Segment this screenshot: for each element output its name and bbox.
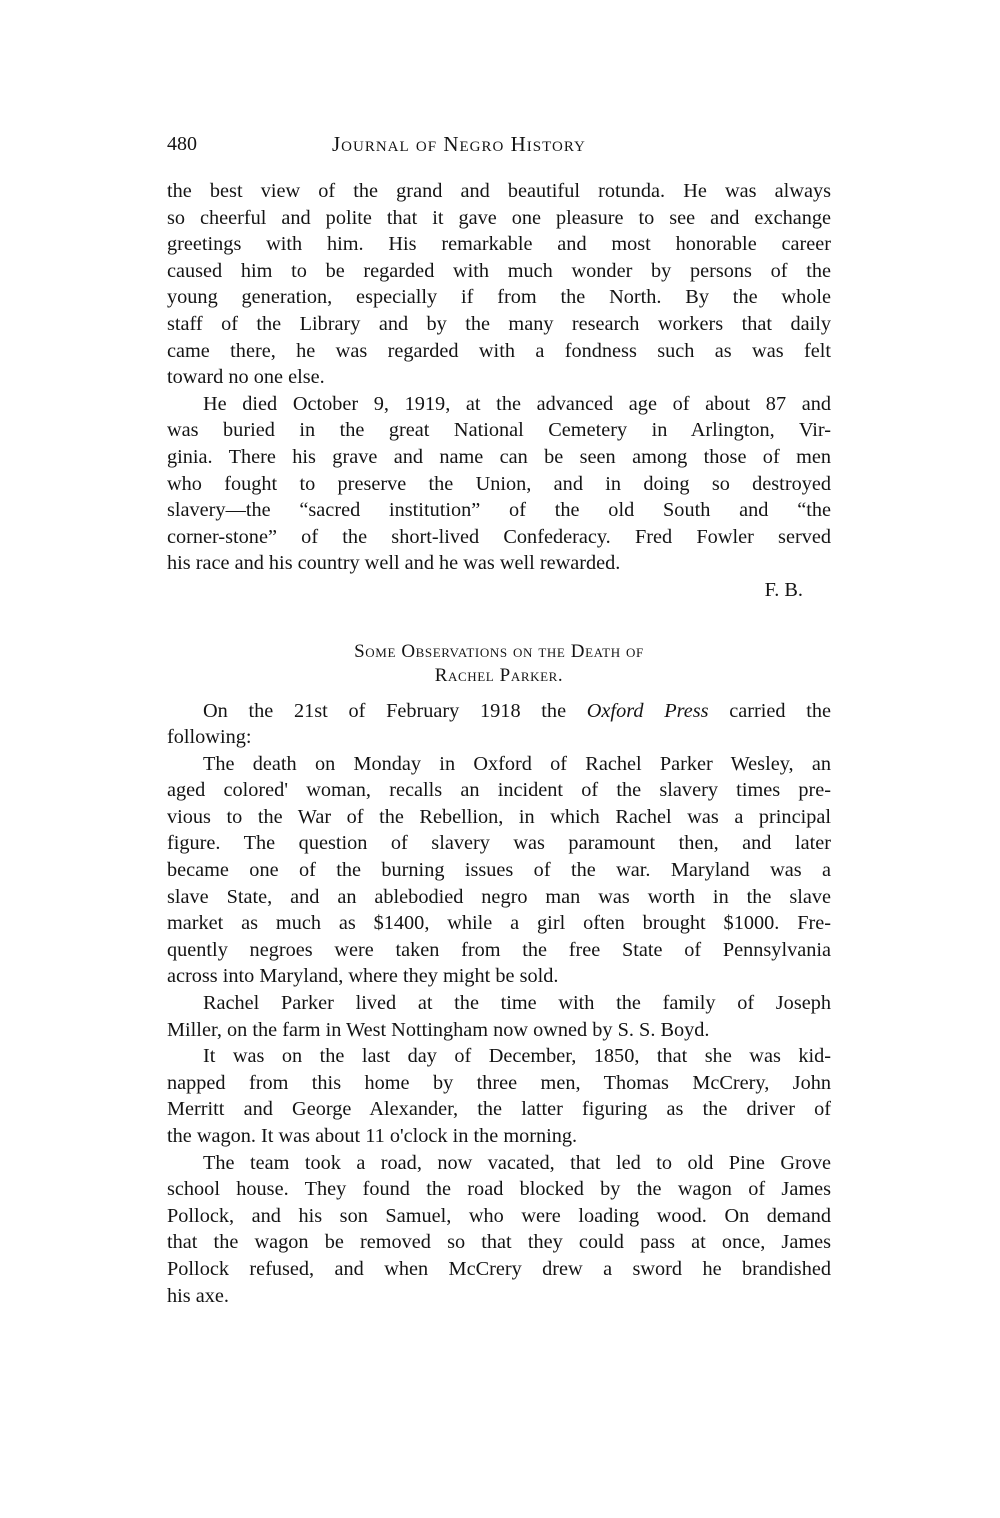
text-line: his race and his country well and he was… xyxy=(167,550,831,577)
text-line: vious to the War of the Rebellion, in wh… xyxy=(167,804,831,831)
paragraph: It was on the last day of December, 1850… xyxy=(167,1043,831,1149)
section-heading-line: Rachel Parker. xyxy=(167,664,831,688)
paragraph: The death on Monday in Oxford of Rachel … xyxy=(167,751,831,990)
text-line: Merritt and George Alexander, the latter… xyxy=(167,1096,831,1123)
text-line: ginia. There his grave and name can be s… xyxy=(167,444,831,471)
paragraph: He died October 9, 1919, at the advanced… xyxy=(167,391,831,577)
text-line: He died October 9, 1919, at the advanced… xyxy=(167,391,831,418)
text-line: slave State, and an ablebodied negro man… xyxy=(167,884,831,911)
text-line: across into Maryland, where they might b… xyxy=(167,963,831,990)
intro-suffix: carried the xyxy=(709,700,831,722)
text-line: the wagon. It was about 11 o'clock in th… xyxy=(167,1123,831,1150)
text-line: The team took a road, now vacated, that … xyxy=(167,1150,831,1177)
text-line: his axe. xyxy=(167,1283,831,1310)
text-line: On the 21st of February 1918 the Oxford … xyxy=(167,698,831,725)
text-line: corner-stone” of the short-lived Confede… xyxy=(167,524,831,551)
body-text: the best view of the grand and beautiful… xyxy=(167,178,831,1309)
text-line: greetings with him. His remarkable and m… xyxy=(167,231,831,258)
text-line: caused him to be regarded with much wond… xyxy=(167,258,831,285)
text-line: so cheerful and polite that it gave one … xyxy=(167,205,831,232)
text-line: Rachel Parker lived at the time with the… xyxy=(167,990,831,1017)
text-line: slavery—the “sacred institution” of the … xyxy=(167,497,831,524)
text-line: school house. They found the road blocke… xyxy=(167,1176,831,1203)
text-line: came there, he was regarded with a fondn… xyxy=(167,338,831,365)
publication-title: Oxford Press xyxy=(587,700,709,722)
text-line: who fought to preserve the Union, and in… xyxy=(167,471,831,498)
text-line: market as much as $1400, while a girl of… xyxy=(167,910,831,937)
text-line: Pollock refused, and when McCrery drew a… xyxy=(167,1256,831,1283)
paragraph: The team took a road, now vacated, that … xyxy=(167,1150,831,1310)
text-line: quently negroes were taken from the free… xyxy=(167,937,831,964)
text-line: the best view of the grand and beautiful… xyxy=(167,178,831,205)
text-line: figure. The question of slavery was para… xyxy=(167,830,831,857)
text-line: staff of the Library and by the many res… xyxy=(167,311,831,338)
paragraph: On the 21st of February 1918 the Oxford … xyxy=(167,698,831,751)
running-head: 480 Journal of Negro History xyxy=(167,128,831,160)
intro-prefix: On the 21st of February 1918 the xyxy=(203,700,587,722)
page-number: 480 xyxy=(167,128,197,160)
journal-title: Journal of Negro History xyxy=(332,128,586,160)
section-heading-line: Some Observations on the Death of xyxy=(167,640,831,664)
paragraph: the best view of the grand and beautiful… xyxy=(167,178,831,391)
author-signature: F. B. xyxy=(167,577,831,604)
text-line: napped from this home by three men, Thom… xyxy=(167,1070,831,1097)
text-line: Pollock, and his son Samuel, who were lo… xyxy=(167,1203,831,1230)
text-line: that the wagon be removed so that they c… xyxy=(167,1229,831,1256)
text-line: aged colored' woman, recalls an incident… xyxy=(167,777,831,804)
text-line: following: xyxy=(167,724,831,751)
paragraph: Rachel Parker lived at the time with the… xyxy=(167,990,831,1043)
text-line: The death on Monday in Oxford of Rachel … xyxy=(167,751,831,778)
section-heading: Some Observations on the Death of Rachel… xyxy=(167,640,831,688)
text-line: toward no one else. xyxy=(167,364,831,391)
text-line: young generation, especially if from the… xyxy=(167,284,831,311)
journal-page: 480 Journal of Negro History the best vi… xyxy=(167,128,831,1309)
text-line: Miller, on the farm in West Nottingham n… xyxy=(167,1017,831,1044)
text-line: was buried in the great National Cemeter… xyxy=(167,417,831,444)
text-line: became one of the burning issues of the … xyxy=(167,857,831,884)
text-line: It was on the last day of December, 1850… xyxy=(167,1043,831,1070)
